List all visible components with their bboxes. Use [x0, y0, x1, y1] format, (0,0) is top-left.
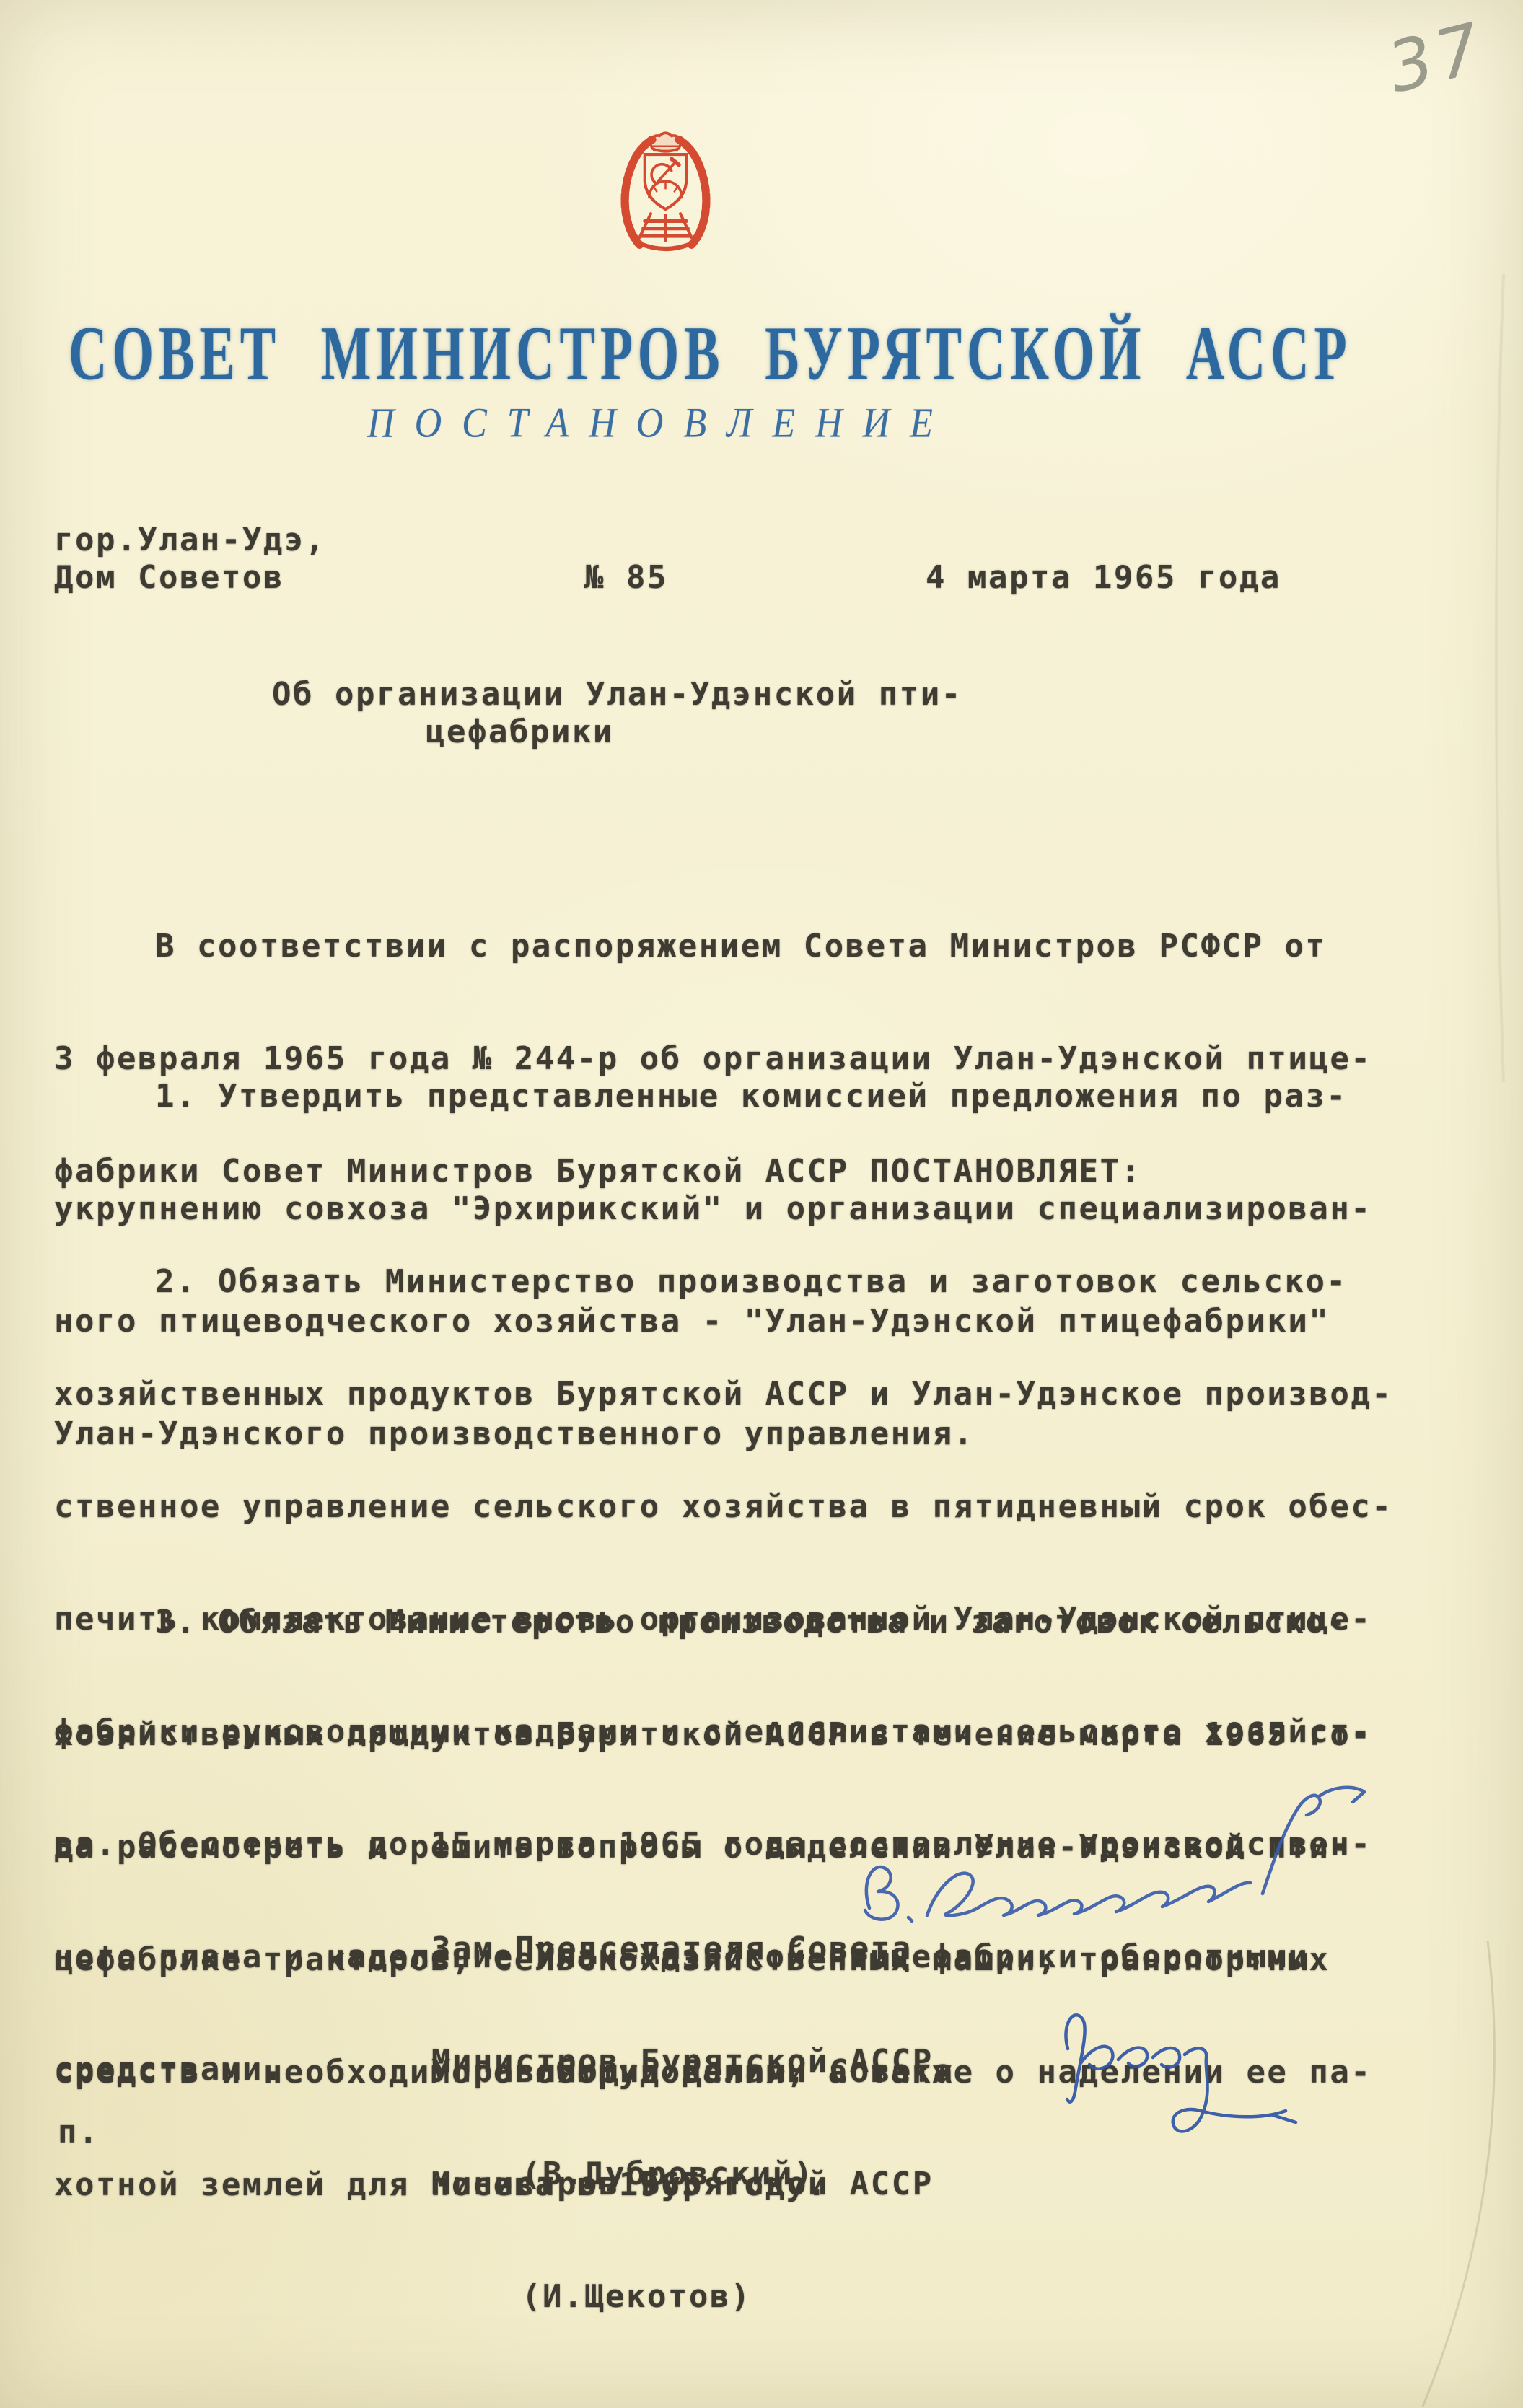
place-line-2: Дом Советов — [54, 559, 284, 597]
typed-line: 3. Обязать Министерство производства и з… — [54, 1604, 1490, 1641]
document-date: 4 марта 1965 года — [926, 559, 1281, 597]
typed-line: хозяйственных продуктов Бурятской АССР и… — [54, 1376, 1490, 1413]
rsfsr-coat-of-arms-icon — [606, 126, 725, 263]
typed-line: 2. Обязать Министерство производства и з… — [54, 1263, 1490, 1301]
registry-note: п. — [58, 2114, 100, 2151]
signer-title-line: Министров Бурятской АССР — [431, 2166, 954, 2203]
handwritten-signature-dubrovsky-icon — [848, 1767, 1382, 1955]
typed-line: хозяйственных продуктов Бурятской АССР в… — [54, 1716, 1490, 1754]
pencil-note-text: 37 — [1380, 7, 1493, 109]
scanned-document-page: 37 СОВЕТ МИНИСТРОВ БУРЯТСКОЙ АССР ПОСТАН… — [0, 0, 1523, 2408]
typed-line: В соответствии с распоряжением Совета Ми… — [54, 928, 1490, 965]
handwritten-signature-schekotov-icon — [1024, 1977, 1313, 2157]
signature-block-affairs-manager: Управляющий Делами Совета Министров Буря… — [431, 1978, 954, 2391]
typed-line: ственное управление сельского хозяйства … — [54, 1488, 1490, 1526]
pencil-note: 37 — [1360, 0, 1523, 115]
place-line-1: гор.Улан-Удэ, — [54, 522, 326, 559]
subject-line-1: Об организации Улан-Удэнской пти- — [272, 676, 962, 713]
letterhead-org-name: СОВЕТ МИНИСТРОВ БУРЯТСКОЙ АССР — [69, 310, 1252, 399]
signer-name: (И.Щекотов) — [431, 2278, 954, 2316]
signer-title-line: Управляющий Делами Совета — [431, 2053, 954, 2091]
typed-line: 1. Утвердить представленные комиссией пр… — [54, 1078, 1490, 1115]
document-number: № 85 — [584, 559, 668, 597]
letterhead-doc-type: ПОСТАНОВЛЕНИЕ — [69, 400, 1252, 447]
subject-line-2: цефабрики — [426, 713, 614, 751]
